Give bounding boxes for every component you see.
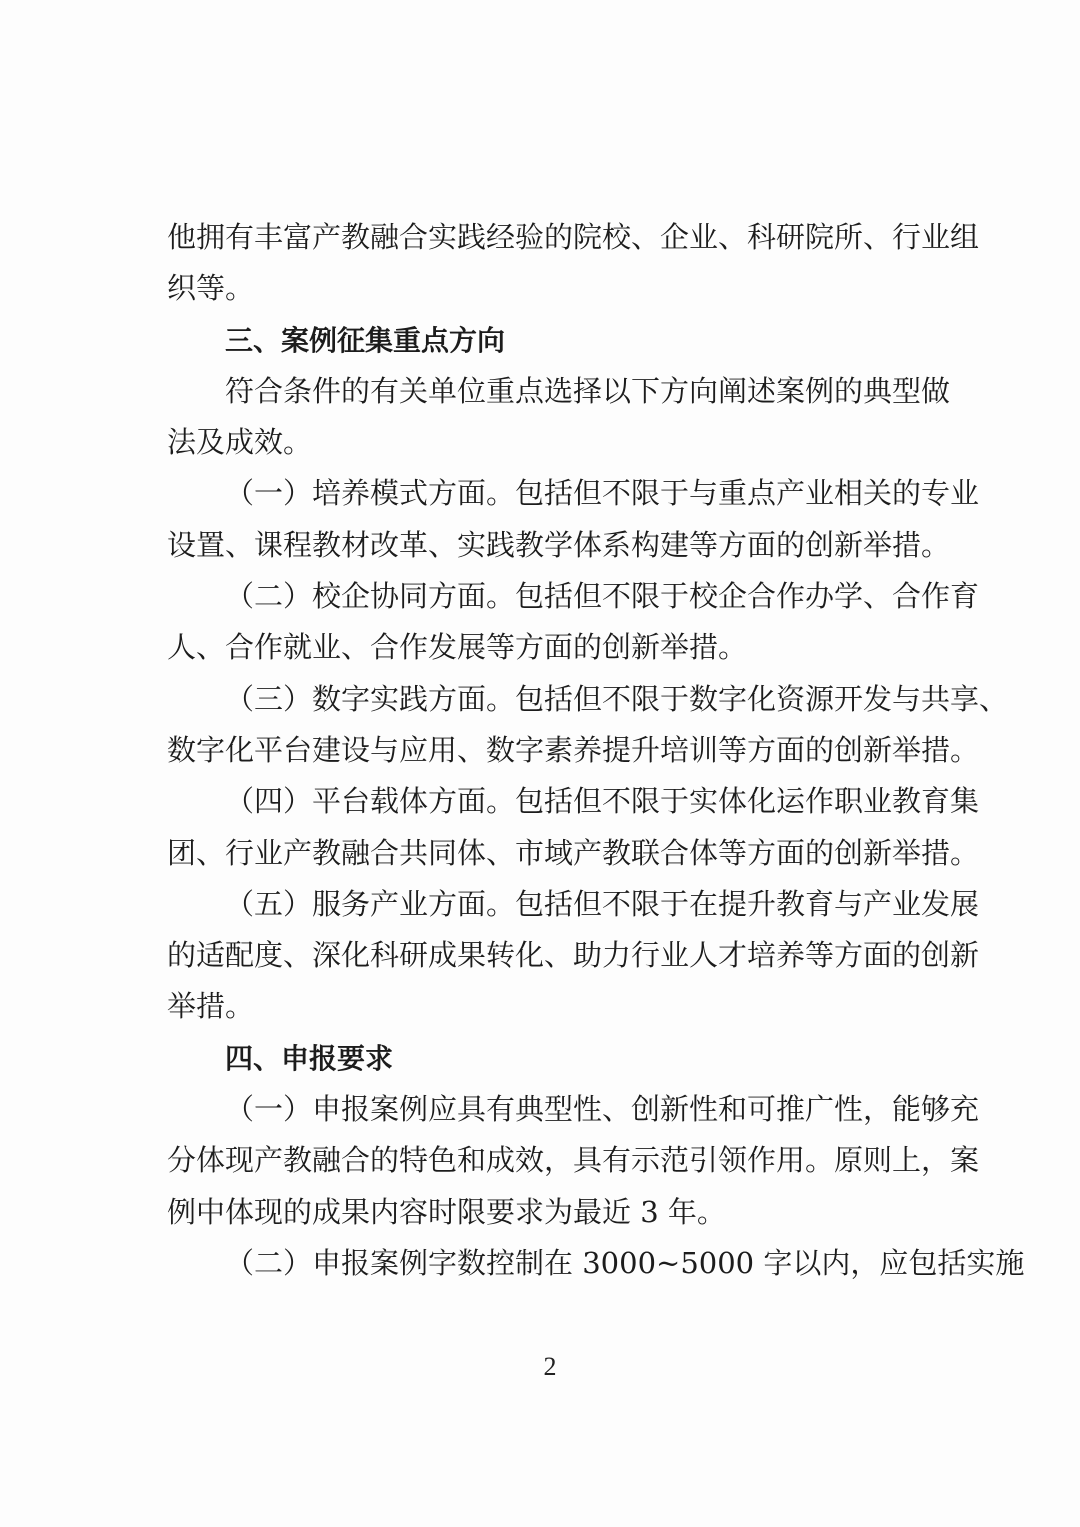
paragraph-line: 设置、课程教材改革、实践教学体系构建等方面的创新举措。: [167, 520, 937, 571]
paragraph-line: （四）平台载体方面。包括但不限于实体化运作职业教育集: [167, 776, 937, 827]
paragraph-line: （三）数字实践方面。包括但不限于数字化资源开发与共享、: [167, 674, 937, 725]
paragraph-line: 团、行业产教融合共同体、市域产教联合体等方面的创新举措。: [167, 828, 937, 879]
page-number: 2: [0, 1352, 1080, 1382]
paragraph-line: （二）校企协同方面。包括但不限于校企合作办学、合作育: [167, 571, 937, 622]
paragraph-line: （一）培养模式方面。包括但不限于与重点产业相关的专业: [167, 468, 937, 519]
paragraph-line: 分体现产教融合的特色和成效，具有示范引领作用。原则上，案: [167, 1135, 937, 1186]
document-body: 他拥有丰富产教融合实践经验的院校、企业、科研院所、行业组 织等。 三、案例征集重…: [167, 212, 937, 1289]
paragraph-line: 例中体现的成果内容时限要求为最近 3 年。: [167, 1187, 937, 1238]
paragraph-line: 织等。: [167, 263, 937, 314]
paragraph-line: 数字化平台建设与应用、数字素养提升培训等方面的创新举措。: [167, 725, 937, 776]
paragraph-line: 的适配度、深化科研成果转化、助力行业人才培养等方面的创新: [167, 930, 937, 981]
section-heading-4: 四、申报要求: [167, 1033, 937, 1084]
paragraph-line: 符合条件的有关单位重点选择以下方向阐述案例的典型做: [167, 366, 937, 417]
paragraph-line: 法及成效。: [167, 417, 937, 468]
paragraph-line: 举措。: [167, 981, 937, 1032]
paragraph-line: （一）申报案例应具有典型性、创新性和可推广性，能够充: [167, 1084, 937, 1135]
paragraph-line: 人、合作就业、合作发展等方面的创新举措。: [167, 622, 937, 673]
paragraph-line: （五）服务产业方面。包括但不限于在提升教育与产业发展: [167, 879, 937, 930]
paragraph-line: （二）申报案例字数控制在 3000~5000 字以内，应包括实施: [167, 1238, 937, 1289]
document-page: 他拥有丰富产教融合实践经验的院校、企业、科研院所、行业组 织等。 三、案例征集重…: [0, 0, 1080, 1527]
paragraph-line: 他拥有丰富产教融合实践经验的院校、企业、科研院所、行业组: [167, 212, 937, 263]
section-heading-3: 三、案例征集重点方向: [167, 315, 937, 366]
